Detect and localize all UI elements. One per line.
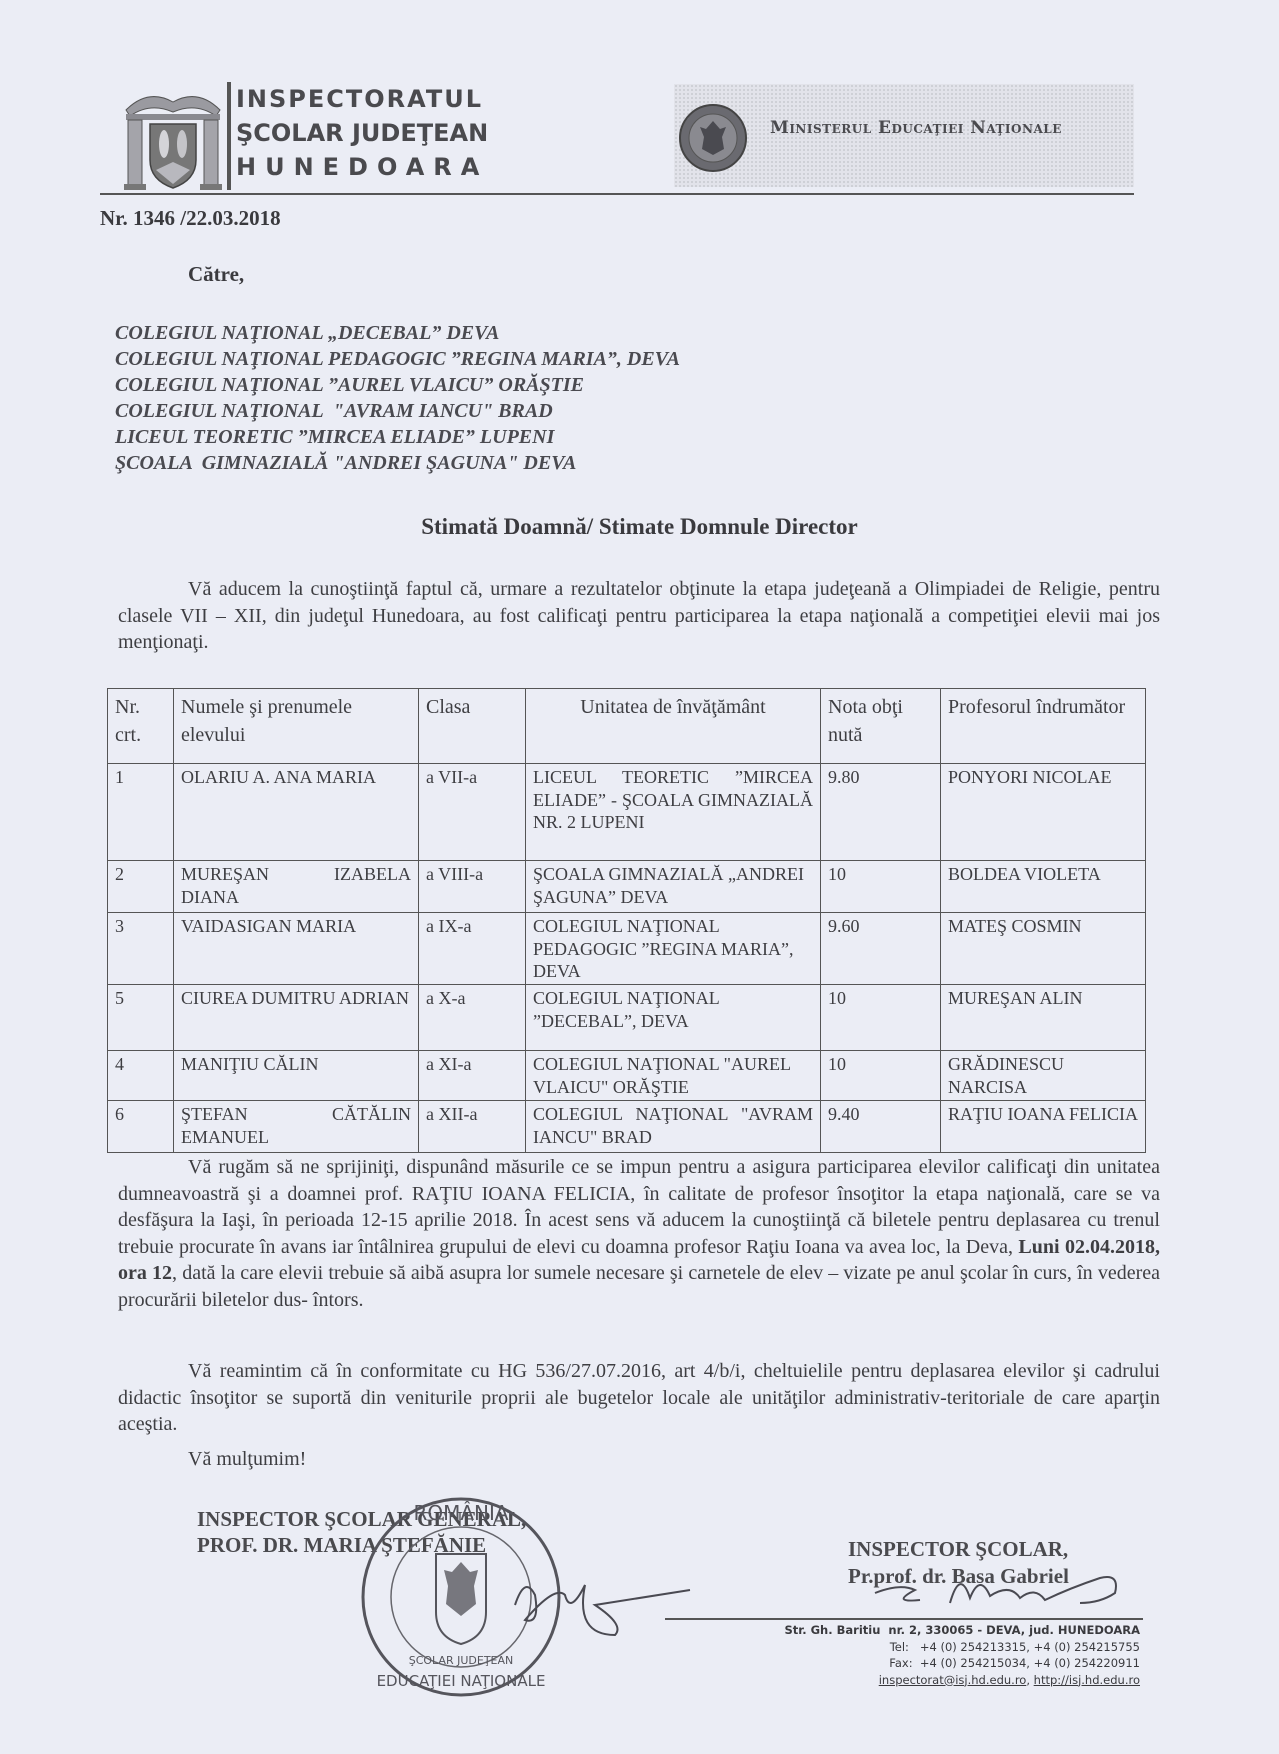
cell-grade: 9.40 <box>821 1101 941 1153</box>
cell-teacher: BOLDEA VIOLETA <box>941 861 1146 913</box>
thanks-paragraph: Vă mulţumim! <box>118 1446 718 1473</box>
cell-school: COLEGIUL NAŢIONAL "AUREL VLAICU" ORĂŞTIE <box>526 1051 821 1101</box>
col-header-name: Numele şi prenumele elevului <box>174 689 419 764</box>
cell-grade: 10 <box>821 985 941 1051</box>
col-header-teacher: Profesorul îndrumător <box>941 689 1146 764</box>
cell-name: MANIŢIU CĂLIN <box>174 1051 419 1101</box>
cell-teacher: MATEŞ COSMIN <box>941 913 1146 985</box>
contact-footer: Str. Gh. Baritiu nr. 2, 330065 - DEVA, j… <box>690 1622 1140 1688</box>
reference-number: Nr. 1346 /22.03.2018 <box>100 206 281 231</box>
institution-line-2: ŞCOLAR JUDEŢEAN <box>236 116 488 150</box>
cell-nr: 1 <box>108 764 174 861</box>
cell-nr: 4 <box>108 1051 174 1101</box>
institution-line-3: HUNEDOARA <box>236 150 488 184</box>
recipients-list: COLEGIUL NAŢIONAL „DECEBAL” DEVA COLEGIU… <box>115 320 680 476</box>
to-label: Către, <box>188 262 244 287</box>
cell-class: a XII-a <box>419 1101 526 1153</box>
svg-text:EDUCAŢIEI NAŢIONALE: EDUCAŢIEI NAŢIONALE <box>377 1672 546 1690</box>
cell-school: COLEGIUL NAŢIONAL "AVRAM IANCU" BRAD <box>526 1101 821 1153</box>
salutation: Stimată Doamnă/ Stimate Domnule Director <box>0 514 1279 540</box>
cell-teacher: RAŢIU IOANA FELICIA <box>941 1101 1146 1153</box>
request-text-1: Vă rugăm să ne sprijiniţi, dispunând măs… <box>118 1156 1160 1258</box>
qualified-students-table: Nr. crt. Numele şi prenumele elevului Cl… <box>107 688 1146 1153</box>
cell-teacher: PONYORI NICOLAE <box>941 764 1146 861</box>
reminder-paragraph: Vă reamintim că în conformitate cu HG 53… <box>118 1358 1160 1438</box>
reminder-text: Vă reamintim că în conformitate cu HG 53… <box>118 1360 1160 1435</box>
government-seal-icon <box>678 103 748 173</box>
recipient: COLEGIUL NAŢIONAL „DECEBAL” DEVA <box>115 320 680 346</box>
ministry-title: Ministerul Educaţiei Naţionale <box>770 118 1062 138</box>
request-text-2: , dată la care elevii trebuie să aibă as… <box>118 1262 1160 1311</box>
recipient: COLEGIUL NAŢIONAL PEDAGOGIC ”REGINA MARI… <box>115 346 680 372</box>
cell-name: CIUREA DUMITRU ADRIAN <box>174 985 419 1051</box>
footer-address: Str. Gh. Baritiu nr. 2, 330065 - DEVA, j… <box>690 1622 1140 1639</box>
table-header-row: Nr. crt. Numele şi prenumele elevului Cl… <box>108 689 1146 764</box>
footer-rule <box>665 1618 1143 1620</box>
cell-school: COLEGIUL NAŢIONAL PEDAGOGIC ”REGINA MARI… <box>526 913 821 985</box>
footer-tel: Tel: +4 (0) 254213315, +4 (0) 254215755 <box>690 1639 1140 1656</box>
stamp-top-text: ROMÂNIA <box>413 1501 508 1525</box>
cell-name: ŞTEFAN CĂTĂLIN EMANUEL <box>174 1101 419 1153</box>
cell-school: LICEUL TEORETIC ”MIRCEA ELIADE” - ŞCOALA… <box>526 764 821 861</box>
cell-grade: 9.80 <box>821 764 941 861</box>
recipient: ŞCOALA GIMNAZIALĂ "ANDREI ŞAGUNA" DEVA <box>115 450 680 476</box>
header-rule <box>100 193 1134 195</box>
table-row: 4 MANIŢIU CĂLIN a XI-a COLEGIUL NAŢIONAL… <box>108 1051 1146 1101</box>
cell-nr: 3 <box>108 913 174 985</box>
cell-grade: 10 <box>821 861 941 913</box>
cell-class: a VII-a <box>419 764 526 861</box>
cell-grade: 10 <box>821 1051 941 1101</box>
recipient: COLEGIUL NAŢIONAL ”AUREL VLAICU” ORĂŞTIE <box>115 372 680 398</box>
table-row: 3 VAIDASIGAN MARIA a IX-a COLEGIUL NAŢIO… <box>108 913 1146 985</box>
cell-nr: 6 <box>108 1101 174 1153</box>
cell-teacher: GRĂDINESCU NARCISA <box>941 1051 1146 1101</box>
footer-links: inspectorat@isj.hd.edu.ro, http://isj.hd… <box>690 1672 1140 1689</box>
recipient: LICEUL TEORETIC ”MIRCEA ELIADE” LUPENI <box>115 424 680 450</box>
cell-class: a VIII-a <box>419 861 526 913</box>
table-row: 5 CIUREA DUMITRU ADRIAN a X-a COLEGIUL N… <box>108 985 1146 1051</box>
institution-name: INSPECTORATUL ŞCOLAR JUDEŢEAN HUNEDOARA <box>236 82 488 184</box>
cell-name: VAIDASIGAN MARIA <box>174 913 419 985</box>
handwritten-signature-left-icon <box>505 1565 695 1645</box>
table-row: 2 MUREŞAN IZABELA DIANA a VIII-a ŞCOALA … <box>108 861 1146 913</box>
email-link[interactable]: inspectorat@isj.hd.edu.ro <box>879 1673 1027 1687</box>
svg-text:ŞCOLAR JUDEŢEAN: ŞCOLAR JUDEŢEAN <box>409 1654 514 1667</box>
cell-name: OLARIU A. ANA MARIA <box>174 764 419 861</box>
cell-school: COLEGIUL NAŢIONAL ”DECEBAL”, DEVA <box>526 985 821 1051</box>
cell-teacher: MUREŞAN ALIN <box>941 985 1146 1051</box>
cell-school: ŞCOALA GIMNAZIALĂ „ANDREI ŞAGUNA” DEVA <box>526 861 821 913</box>
header-divider <box>227 82 231 190</box>
col-header-grade: Nota obţi nută <box>821 689 941 764</box>
isj-hunedoara-logo-icon <box>118 80 228 192</box>
thanks-text: Vă mulţumim! <box>188 1448 306 1470</box>
cell-name: MUREŞAN IZABELA DIANA <box>174 861 419 913</box>
cell-nr: 5 <box>108 985 174 1051</box>
col-header-nr: Nr. crt. <box>108 689 174 764</box>
table-row: 1 OLARIU A. ANA MARIA a VII-a LICEUL TEO… <box>108 764 1146 861</box>
cell-class: a X-a <box>419 985 526 1051</box>
cell-grade: 9.60 <box>821 913 941 985</box>
website-link[interactable]: http://isj.hd.edu.ro <box>1034 1673 1140 1687</box>
request-paragraph: Vă rugăm să ne sprijiniţi, dispunând măs… <box>118 1154 1160 1313</box>
table-row: 6 ŞTEFAN CĂTĂLIN EMANUEL a XII-a COLEGIU… <box>108 1101 1146 1153</box>
intro-paragraph: Vă aducem la cunoştiinţă faptul că, urma… <box>118 576 1160 656</box>
cell-class: a IX-a <box>419 913 526 985</box>
footer-fax: Fax: +4 (0) 254215034, +4 (0) 254220911 <box>690 1655 1140 1672</box>
handwritten-signature-right-icon <box>870 1558 1130 1618</box>
intro-text: Vă aducem la cunoştiinţă faptul că, urma… <box>118 578 1160 653</box>
institution-line-1: INSPECTORATUL <box>236 82 488 116</box>
cell-class: a XI-a <box>419 1051 526 1101</box>
cell-nr: 2 <box>108 861 174 913</box>
col-header-school: Unitatea de învăţământ <box>526 689 821 764</box>
col-header-class: Clasa <box>419 689 526 764</box>
recipient: COLEGIUL NAŢIONAL "AVRAM IANCU" BRAD <box>115 398 680 424</box>
